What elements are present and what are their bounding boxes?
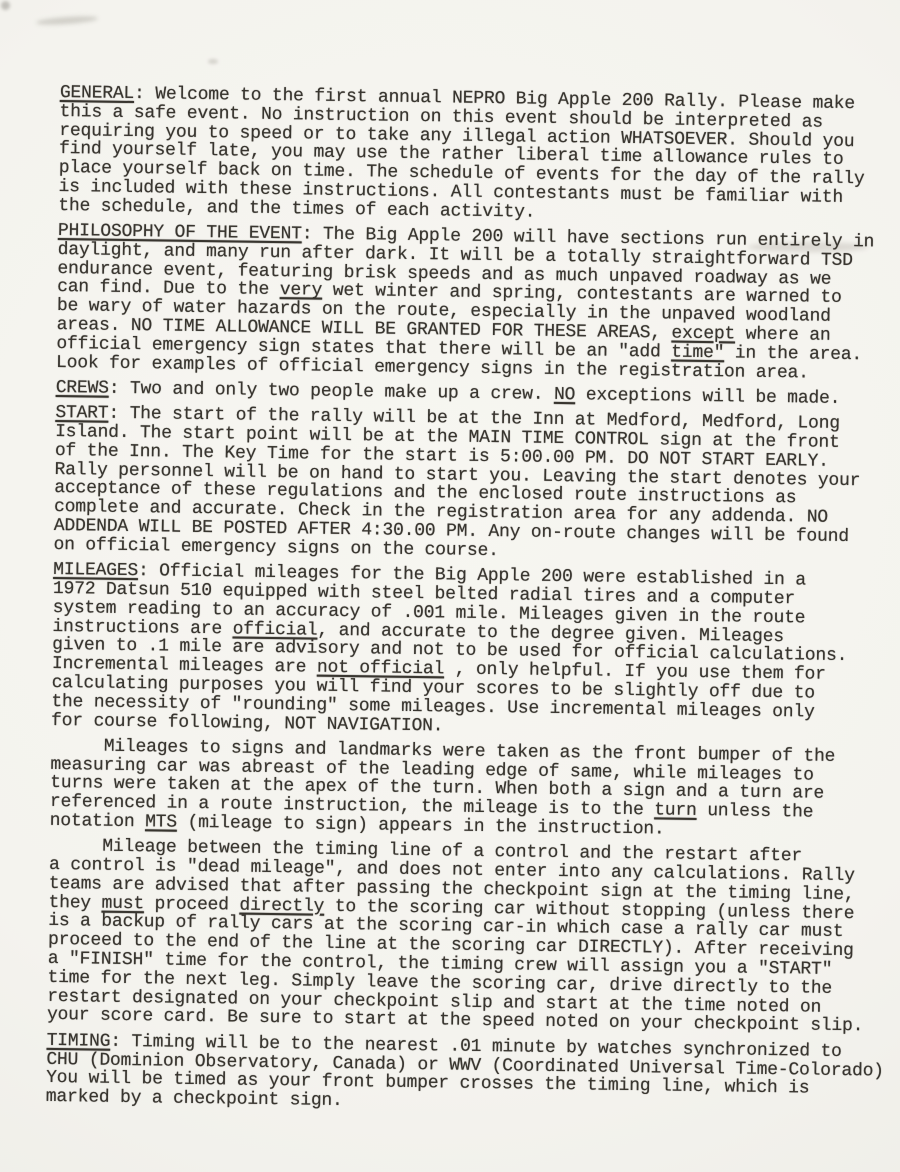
scan-smudge (208, 59, 218, 64)
paragraph-general: GENERAL: Welcome to the first annual NEP… (58, 84, 897, 227)
paragraph-mileage-reference: Mileages to signs and landmarks were tak… (50, 737, 889, 843)
paragraph-dead-mileage: Mileage between the timing line of a con… (47, 837, 887, 1037)
paragraph-mileages: MILEAGES: Official mileages for the Big … (51, 561, 891, 742)
scan-smudge (1, 1, 10, 10)
paragraph-timing: TIMING: Timing will be to the nearest .0… (46, 1032, 885, 1119)
scanned-page: GENERAL: Welcome to the first annual NEP… (0, 0, 900, 1172)
document-body: GENERAL: Welcome to the first annual NEP… (46, 84, 898, 1119)
paragraph-philosophy-of-the-event: PHILOSOPHY OF THE EVENT: The Big Apple 2… (56, 222, 896, 384)
scan-smudge (36, 15, 98, 26)
paragraph-start: START: The start of the rally will be at… (53, 404, 893, 566)
